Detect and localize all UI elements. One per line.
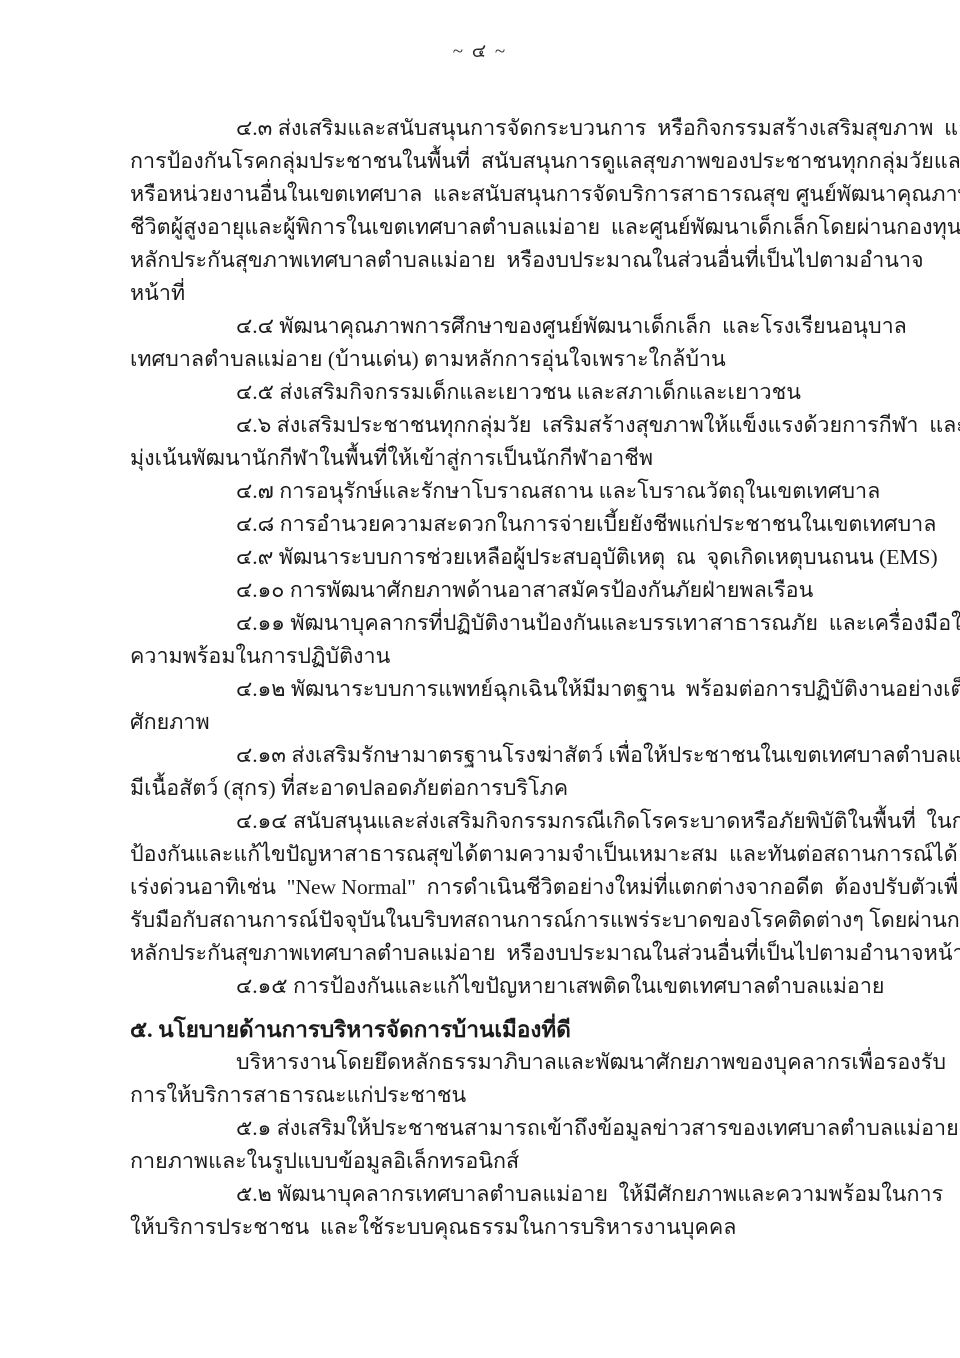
- text-line: เร่งด่วนอาทิเช่น "New Normal" การดำเนินช…: [130, 871, 880, 904]
- paragraph: ๔.๑๒ พัฒนาระบบการแพทย์ฉุกเฉินให้มีมาตฐาน…: [130, 673, 880, 739]
- text-line: หลักประกันสุขภาพเทศบาลตำบลแม่อาย หรืองบป…: [130, 937, 880, 970]
- text-line: หน้าที่: [130, 277, 880, 310]
- paragraph: ๔.๖ ส่งเสริมประชาชนทุกกลุ่มวัย เสริมสร้า…: [130, 409, 880, 475]
- paragraph: ๕.๑ ส่งเสริมให้ประชาชนสามารถเข้าถึงข้อมู…: [130, 1112, 880, 1178]
- text-line: ๔.๕ ส่งเสริมกิจกรรมเด็กและเยาวชน และสภาเ…: [130, 376, 880, 409]
- paragraph: ๔.๑๑ พัฒนาบุคลากรที่ปฏิบัติงานป้องกันและ…: [130, 607, 880, 673]
- paragraph: ๔.๗ การอนุรักษ์และรักษาโบราณสถาน และโบรา…: [130, 475, 880, 508]
- text-line: ให้บริการประชาชน และใช้ระบบคุณธรรมในการบ…: [130, 1211, 880, 1244]
- text-line: มุ่งเน้นพัฒนานักกีฬาในพื้นที่ให้เข้าสู่ก…: [130, 442, 880, 475]
- paragraph: บริหารงานโดยยึดหลักธรรมาภิบาลและพัฒนาศัก…: [130, 1046, 880, 1112]
- page-number: ~ ๔ ~: [0, 36, 960, 66]
- text-line: ศักยภาพ: [130, 706, 880, 739]
- text-line: ๔.๑๑ พัฒนาบุคลากรที่ปฏิบัติงานป้องกันและ…: [130, 607, 880, 640]
- text-line: กายภาพและในรูปแบบข้อมูลอิเล็กทรอนิกส์: [130, 1145, 880, 1178]
- text-line: ๔.๑๓ ส่งเสริมรักษามาตรฐานโรงฆ่าสัตว์ เพื…: [130, 739, 880, 772]
- paragraph: ๔.๓ ส่งเสริมและสนับสนุนการจัดกระบวนการ ห…: [130, 112, 880, 310]
- section-heading-text: ๕. นโยบายด้านการบริหารจัดการบ้านเมืองที่…: [130, 1013, 880, 1046]
- text-line: หรือหน่วยงานอื่นในเขตเทศบาล และสนับสนุนก…: [130, 178, 880, 211]
- text-line: ๔.๖ ส่งเสริมประชาชนทุกกลุ่มวัย เสริมสร้า…: [130, 409, 880, 442]
- text-line: ๔.๑๐ การพัฒนาศักยภาพด้านอาสาสมัครป้องกัน…: [130, 574, 880, 607]
- text-line: บริหารงานโดยยึดหลักธรรมาภิบาลและพัฒนาศัก…: [130, 1046, 880, 1079]
- document-page: ~ ๔ ~ ๔.๓ ส่งเสริมและสนับสนุนการจัดกระบว…: [0, 0, 960, 1358]
- text-line: ๔.๑๕ การป้องกันและแก้ไขปัญหายาเสพติดในเข…: [130, 970, 880, 1003]
- paragraph: ๔.๑๔ สนับสนุนและส่งเสริมกิจกรรมกรณีเกิดโ…: [130, 805, 880, 970]
- document-body: ๔.๓ ส่งเสริมและสนับสนุนการจัดกระบวนการ ห…: [130, 112, 880, 1244]
- text-line: ๔.๙ พัฒนาระบบการช่วยเหลือผู้ประสบอุบัติเ…: [130, 541, 880, 574]
- text-line: รับมือกับสถานการณ์ปัจจุบันในบริบทสถานการ…: [130, 904, 880, 937]
- paragraph: ๕.๒ พัฒนาบุคลากรเทศบาลตำบลแม่อาย ให้มีศั…: [130, 1178, 880, 1244]
- paragraph: ๔.๑๓ ส่งเสริมรักษามาตรฐานโรงฆ่าสัตว์ เพื…: [130, 739, 880, 805]
- text-line: ๔.๘ การอำนวยความสะดวกในการจ่ายเบี้ยยังชี…: [130, 508, 880, 541]
- paragraph: ๔.๑๕ การป้องกันและแก้ไขปัญหายาเสพติดในเข…: [130, 970, 880, 1003]
- text-line: ๔.๔ พัฒนาคุณภาพการศึกษาของศูนย์พัฒนาเด็ก…: [130, 310, 880, 343]
- text-line: ๔.๗ การอนุรักษ์และรักษาโบราณสถาน และโบรา…: [130, 475, 880, 508]
- text-line: ๕.๒ พัฒนาบุคลากรเทศบาลตำบลแม่อาย ให้มีศั…: [130, 1178, 880, 1211]
- section-heading: ๕. นโยบายด้านการบริหารจัดการบ้านเมืองที่…: [130, 1013, 880, 1046]
- paragraph: ๔.๙ พัฒนาระบบการช่วยเหลือผู้ประสบอุบัติเ…: [130, 541, 880, 574]
- paragraph: ๔.๑๐ การพัฒนาศักยภาพด้านอาสาสมัครป้องกัน…: [130, 574, 880, 607]
- text-line: ๕.๑ ส่งเสริมให้ประชาชนสามารถเข้าถึงข้อมู…: [130, 1112, 880, 1145]
- text-line: ชีวิตผู้สูงอายุและผู้พิการในเขตเทศบาลตำบ…: [130, 211, 880, 244]
- text-line: หลักประกันสุขภาพเทศบาลตำบลแม่อาย หรืองบป…: [130, 244, 880, 277]
- text-line: ๔.๑๔ สนับสนุนและส่งเสริมกิจกรรมกรณีเกิดโ…: [130, 805, 880, 838]
- text-line: การป้องกันโรคกลุ่มประชาชนในพื้นที่ สนับส…: [130, 145, 880, 178]
- text-line: เทศบาลตำบลแม่อาย (บ้านเด่น) ตามหลักการอุ…: [130, 343, 880, 376]
- paragraph: ๔.๔ พัฒนาคุณภาพการศึกษาของศูนย์พัฒนาเด็ก…: [130, 310, 880, 376]
- text-line: ความพร้อมในการปฏิบัติงาน: [130, 640, 880, 673]
- paragraph: ๔.๕ ส่งเสริมกิจกรรมเด็กและเยาวชน และสภาเ…: [130, 376, 880, 409]
- text-line: การให้บริการสาธารณะแก่ประชาชน: [130, 1079, 880, 1112]
- text-line: มีเนื้อสัตว์ (สุกร) ที่สะอาดปลอดภัยต่อกา…: [130, 772, 880, 805]
- paragraph: ๔.๘ การอำนวยความสะดวกในการจ่ายเบี้ยยังชี…: [130, 508, 880, 541]
- text-line: ๔.๑๒ พัฒนาระบบการแพทย์ฉุกเฉินให้มีมาตฐาน…: [130, 673, 880, 706]
- text-line: ๔.๓ ส่งเสริมและสนับสนุนการจัดกระบวนการ ห…: [130, 112, 880, 145]
- text-line: ป้องกันและแก้ไขปัญหาสาธารณสุขได้ตามความจ…: [130, 838, 880, 871]
